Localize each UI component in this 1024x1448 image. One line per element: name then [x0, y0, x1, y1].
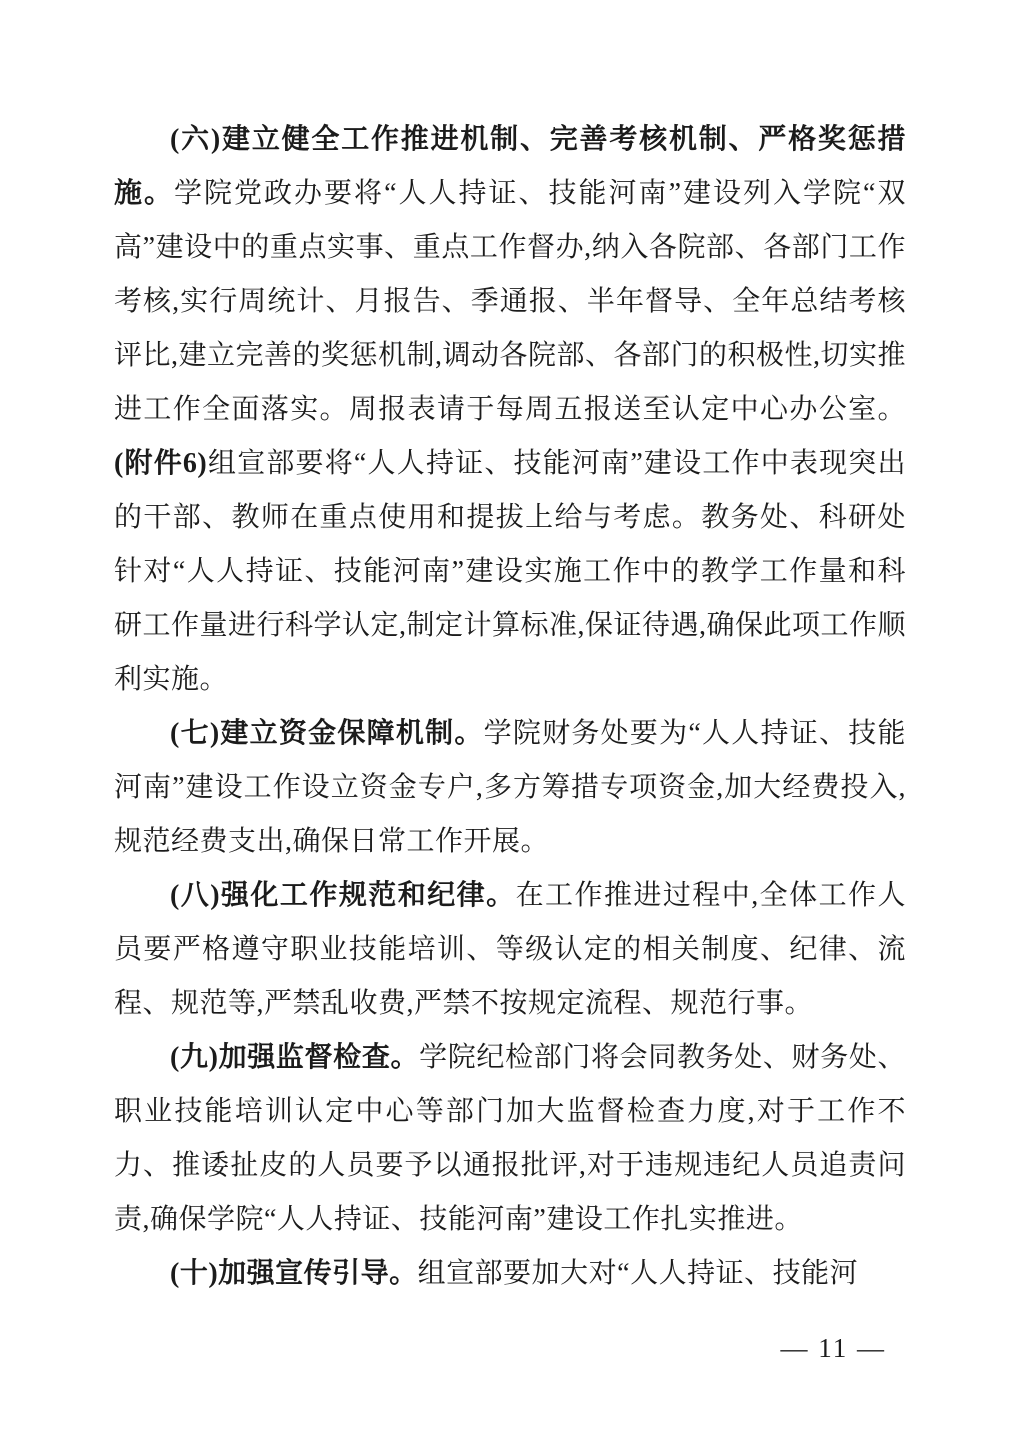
document-text-block: (六)建立健全工作推进机制、完善考核机制、严格奖惩措施。学院党政办要将“人人持证…	[114, 113, 906, 1301]
section-9-heading: (九)加强监督检查。	[170, 1042, 419, 1073]
section-8-heading: (八)强化工作规范和纪律。	[170, 880, 516, 911]
attachment-6-reference: (附件6)	[114, 448, 207, 479]
section-6-body-after-attachment: 组宣部要将“人人持证、技能河南”建设工作中表现突出的干部、教师在重点使用和提拔上…	[114, 448, 906, 695]
section-10-heading: (十)加强宣传引导。	[170, 1258, 418, 1289]
section-8-paragraph: (八)强化工作规范和纪律。在工作推进过程中,全体工作人员要严格遵守职业技能培训、…	[114, 869, 906, 1031]
section-6-body-before-attachment: 学院党政办要将“人人持证、技能河南”建设列入学院“双高”建设中的重点实事、重点工…	[114, 178, 906, 425]
section-10-paragraph: (十)加强宣传引导。组宣部要加大对“人人持证、技能河	[114, 1247, 906, 1301]
section-6-paragraph: (六)建立健全工作推进机制、完善考核机制、严格奖惩措施。学院党政办要将“人人持证…	[114, 113, 906, 707]
page-number: — 11 —	[781, 1330, 887, 1366]
document-page: (六)建立健全工作推进机制、完善考核机制、严格奖惩措施。学院党政办要将“人人持证…	[0, 0, 1024, 1448]
section-10-body: 组宣部要加大对“人人持证、技能河	[418, 1258, 858, 1289]
section-7-paragraph: (七)建立资金保障机制。学院财务处要为“人人持证、技能河南”建设工作设立资金专户…	[114, 707, 906, 869]
section-7-heading: (七)建立资金保障机制。	[170, 718, 484, 749]
section-9-paragraph: (九)加强监督检查。学院纪检部门将会同教务处、财务处、职业技能培训认定中心等部门…	[114, 1031, 906, 1247]
